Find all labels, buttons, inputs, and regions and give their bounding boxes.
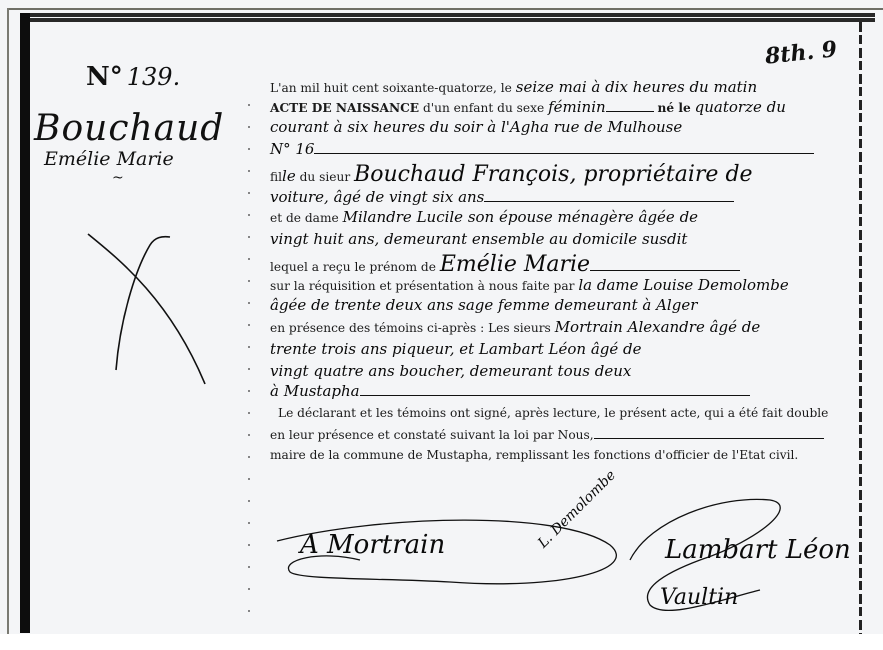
line-2: ACTE DE NAISSANCE d'un enfant du sexe fé… — [270, 98, 786, 116]
line-8: vingt huit ans, demeurant ensemble au do… — [270, 230, 687, 248]
line-9: lequel a reçu le prénom de Emélie Marie — [270, 252, 740, 277]
line-14: vingt quatre ans boucher, demeurant tous… — [270, 362, 631, 380]
line-11: âgée de trente deux ans sage femme demeu… — [270, 296, 697, 314]
scan-bottom-margin — [0, 634, 883, 650]
line-15: à Mustapha — [270, 382, 750, 400]
line-7: et de dame Milandre Lucile son épouse mé… — [270, 208, 698, 226]
document-page: N°139. Bouchaud Emélie Marie ~ 8th. 9 L'… — [0, 0, 883, 634]
line-6: voiture, âgé de vingt six ans — [270, 188, 734, 206]
declarant-name: la dame Louise Demolombe — [578, 276, 788, 294]
father-name: Bouchaud François, propriétaire de — [354, 162, 753, 187]
signature-witness-1: A Mortrain — [300, 530, 445, 560]
act-title: ACTE DE NAISSANCE — [270, 101, 419, 115]
line-17: en leur présence et constaté suivant la … — [270, 428, 824, 442]
line-13: trente trois ans piqueur, et Lambart Léo… — [270, 340, 642, 358]
line-12: en présence des témoins ci-après : Les s… — [270, 318, 760, 336]
line-4: N° 16 — [270, 140, 814, 158]
child-name: Emélie Marie — [440, 252, 590, 277]
signature-witness-2: Lambart Léon — [665, 535, 851, 565]
line-16: Le déclarant et les témoins ont signé, a… — [278, 406, 828, 420]
signature-mayor: Vaultin — [660, 585, 738, 610]
line-10: sur la réquisition et présentation à nou… — [270, 276, 789, 294]
line-5: fille du sieur Bouchaud François, propri… — [270, 162, 753, 187]
line-1: L'an mil huit cent soixante-quatorze, le… — [270, 78, 757, 96]
line-3: courant à six heures du soir à l'Agha ru… — [270, 118, 682, 136]
mother-name: Milandre Lucile son épouse ménagère âgée… — [343, 208, 698, 226]
witness-2-name: trente trois ans piqueur, et Lambart Léo… — [270, 340, 642, 358]
line-18: maire de la commune de Mustapha, remplis… — [270, 448, 798, 462]
witness-1-name: Mortrain Alexandre âgé de — [555, 318, 761, 336]
